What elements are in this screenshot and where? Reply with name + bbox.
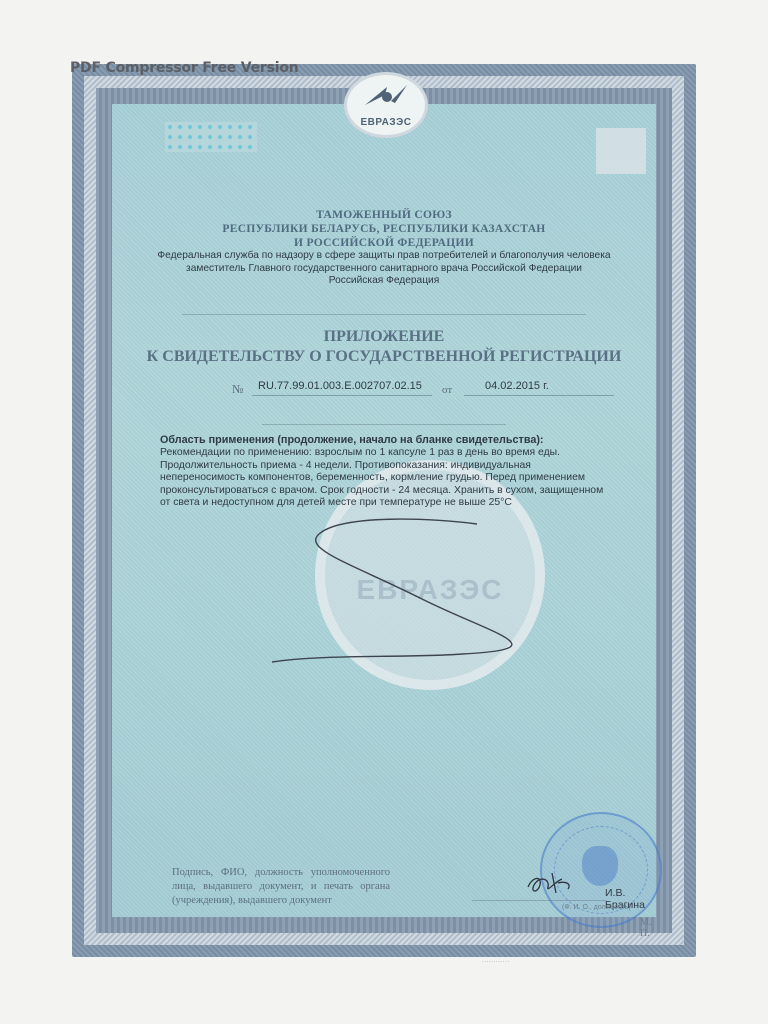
scope-section: Область применения (продолжение, начало …	[160, 434, 616, 509]
date-prefix: от	[442, 384, 452, 396]
registration-number-row: № RU.77.99.01.003.E.002707.02.15 от 04.0…	[202, 380, 616, 400]
divider-line	[182, 314, 586, 315]
appendix-title: ПРИЛОЖЕНИЕ К СВИДЕТЕЛЬСТВУ О ГОСУДАРСТВЕ…	[112, 327, 656, 367]
signature-underline	[472, 900, 606, 901]
union-line-3: И РОССИЙСКОЙ ФЕДЕРАЦИИ	[112, 236, 656, 250]
stamp-place-label: М. П.	[640, 917, 656, 939]
security-mark	[596, 128, 646, 174]
eurasec-emblem-icon	[361, 81, 411, 111]
scope-text: Рекомендации по применению: взрослым по …	[160, 447, 616, 509]
date-underline	[464, 395, 614, 396]
certificate-page: ЕВРАЗЭС ТАМОЖЕННЫЙ СОЮЗ РЕСПУБЛИКИ БЕЛАР…	[72, 64, 696, 957]
number-underline	[252, 395, 432, 396]
fio-label: (Ф. И. О., должность)	[562, 904, 631, 911]
agency-line-1: Федеральная служба по надзору в сфере за…	[112, 250, 656, 263]
scope-title: Область применения (продолжение, начало …	[160, 434, 616, 446]
print-footer-note: ············	[482, 959, 510, 965]
hologram-strip	[165, 122, 257, 152]
signature-label: Подпись, ФИО, должность уполномоченного …	[172, 866, 390, 908]
registration-date: 04.02.2015 г.	[485, 380, 549, 392]
certificate-field: ЕВРАЗЭС ТАМОЖЕННЫЙ СОЮЗ РЕСПУБЛИКИ БЕЛАР…	[112, 104, 656, 917]
divider-line-2	[262, 424, 506, 425]
agency-line-3: Российская Федерация	[112, 275, 656, 288]
agency-heading: Федеральная служба по надзору в сфере за…	[112, 250, 656, 288]
appendix-title-line-2: К СВИДЕТЕЛЬСТВУ О ГОСУДАРСТВЕННОЙ РЕГИСТ…	[112, 347, 656, 367]
handwritten-signature-icon	[522, 869, 582, 899]
pdf-compressor-watermark: PDF Compressor Free Version	[70, 60, 299, 76]
diagonal-signature-icon	[262, 504, 572, 664]
customs-union-heading: ТАМОЖЕННЫЙ СОЮЗ РЕСПУБЛИКИ БЕЛАРУСЬ, РЕС…	[112, 208, 656, 250]
logo-text: ЕВРАЗЭС	[360, 117, 411, 128]
registration-number: RU.77.99.01.003.E.002707.02.15	[258, 380, 422, 392]
double-headed-eagle-icon	[582, 846, 618, 886]
agency-line-2: заместитель Главного государственного са…	[112, 263, 656, 276]
union-line-2: РЕСПУБЛИКИ БЕЛАРУСЬ, РЕСПУБЛИКИ КАЗАХСТА…	[112, 222, 656, 236]
appendix-title-line-1: ПРИЛОЖЕНИЕ	[112, 327, 656, 347]
number-sign: №	[232, 382, 243, 397]
eurasec-logo: ЕВРАЗЭС	[344, 72, 428, 138]
union-line-1: ТАМОЖЕННЫЙ СОЮЗ	[112, 208, 656, 222]
